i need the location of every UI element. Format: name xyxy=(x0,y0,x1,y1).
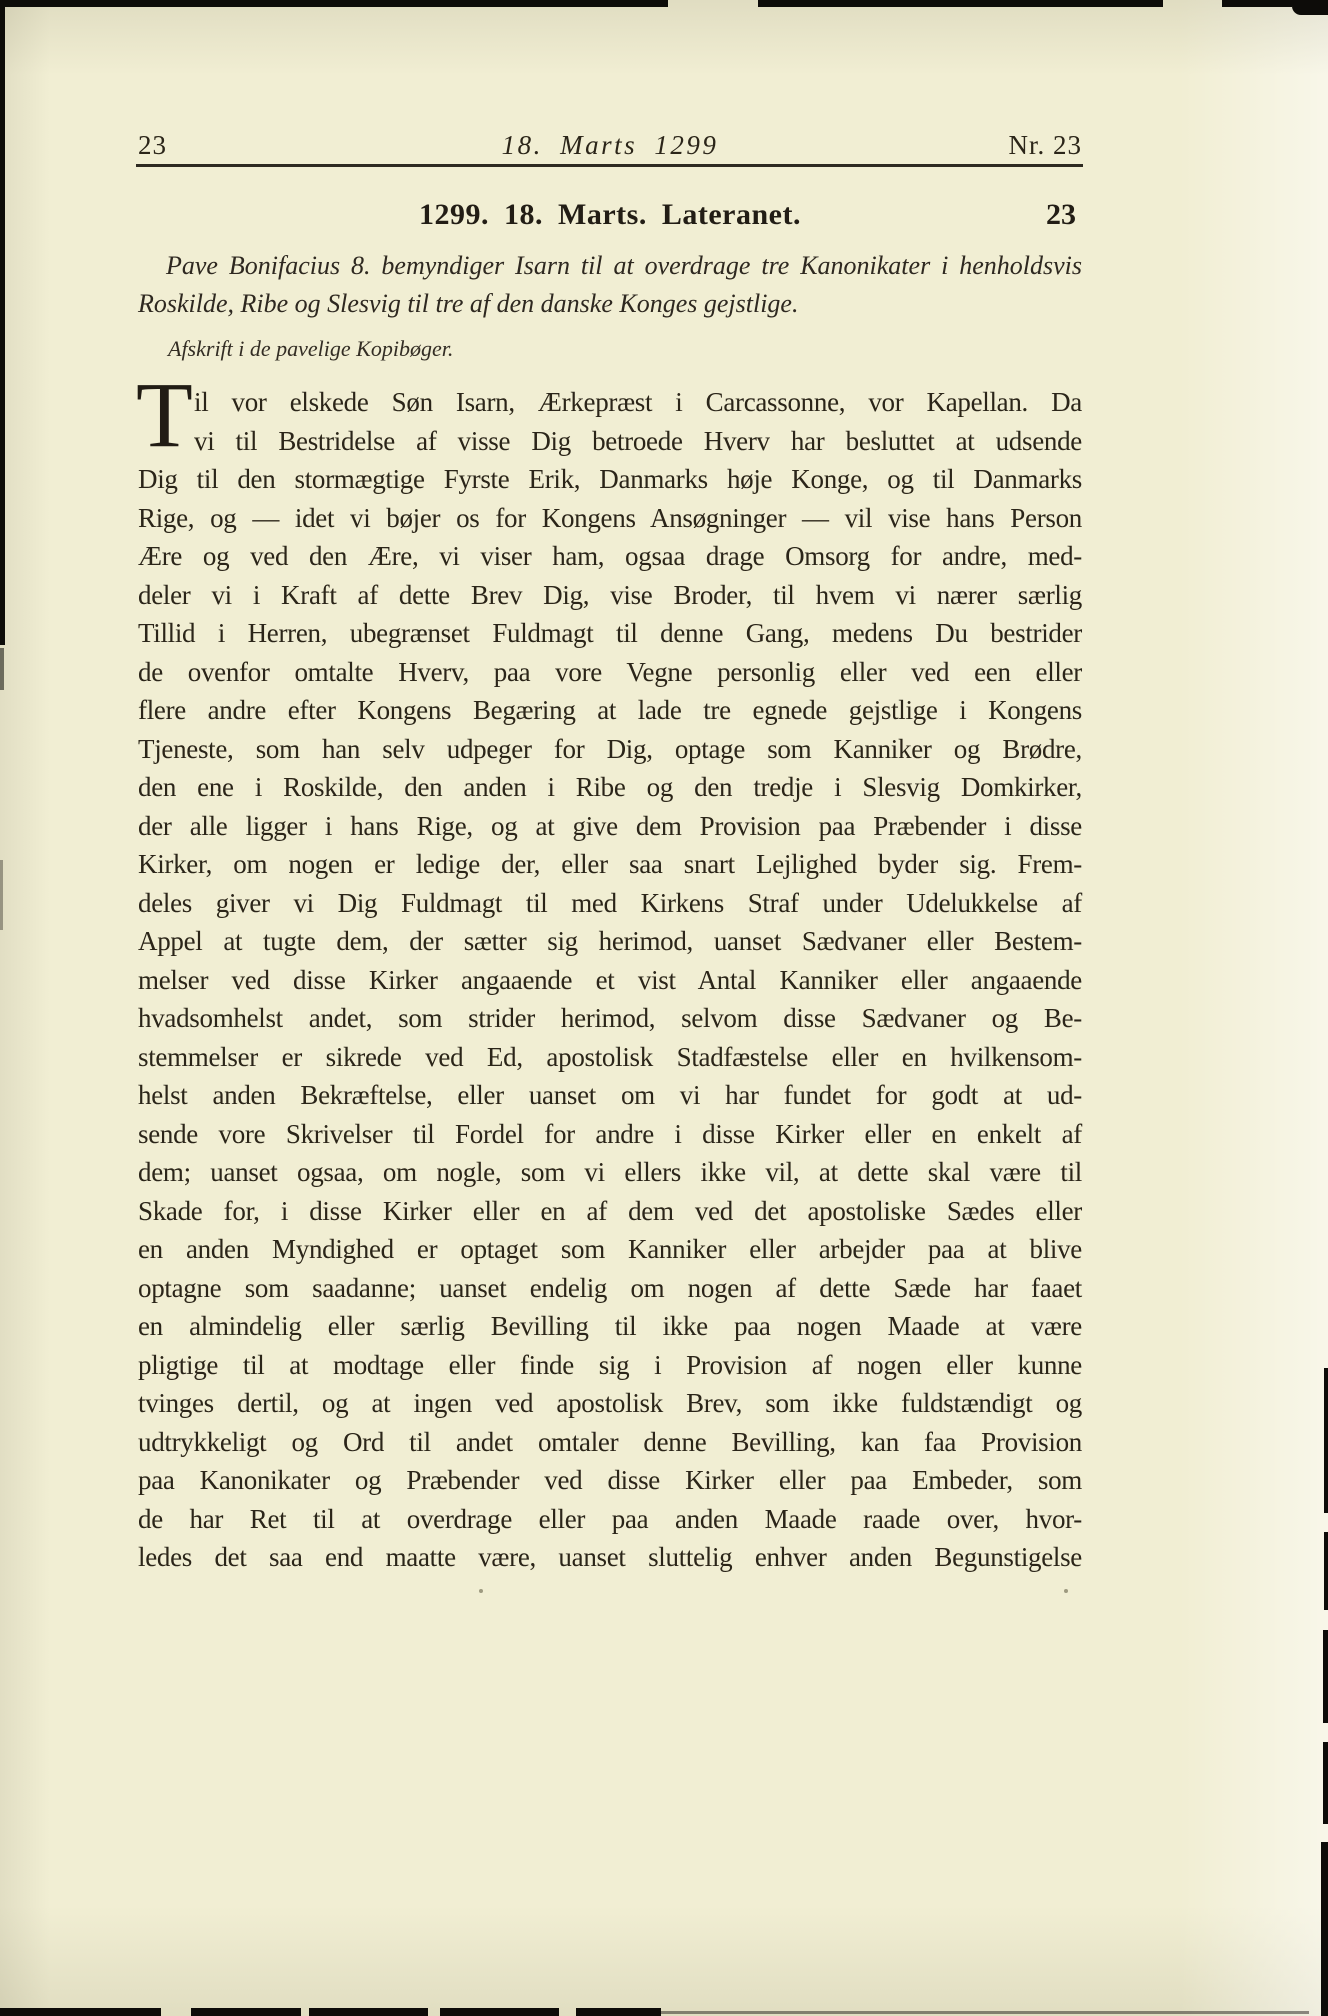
scan-edge-top xyxy=(1222,0,1292,7)
body-line: Kirker, om nogen er ledige der, eller sa… xyxy=(138,845,1082,884)
body-line: Appel at tugte dem, der sætter sig herim… xyxy=(138,922,1082,961)
header-rule xyxy=(136,164,1083,167)
body-line: flere andre efter Kongens Begæring at la… xyxy=(138,691,1082,730)
body-line: Ære og ved den Ære, vi viser ham, ogsaa … xyxy=(138,537,1082,576)
body-line: deler vi i Kraft af dette Brev Dig, vise… xyxy=(138,576,1082,615)
scan-edge-bottom xyxy=(309,2008,428,2016)
body-line: melser ved disse Kirker angaaende et vis… xyxy=(138,961,1082,1000)
body-line: optagne som saadanne; uanset endelig om … xyxy=(138,1269,1082,1308)
body-line: helst anden Bekræftelse, eller uanset om… xyxy=(138,1076,1082,1115)
body-line: vi til Bestridelse af visse Dig betroede… xyxy=(138,422,1082,461)
entry-title-row: 1299. 18. Marts. Lateranet. 23 xyxy=(138,198,1082,234)
entry-number: 23 xyxy=(1046,198,1076,232)
scan-edge-right xyxy=(1324,1532,1328,1610)
body-line: il vor elskede Søn Isarn, Ærkepræst i Ca… xyxy=(138,383,1082,422)
body-line: udtrykkeligt og Ord til andet omtaler de… xyxy=(138,1423,1082,1462)
scan-edge-bottom xyxy=(0,2008,161,2016)
paper-speck xyxy=(479,1589,483,1593)
entry-body: il vor elskede Søn Isarn, Ærkepræst i Ca… xyxy=(138,383,1082,1577)
scan-edge-bottom xyxy=(576,2008,661,2016)
entry-heading: 1299. 18. Marts. Lateranet. xyxy=(138,198,1082,232)
body-line: en almindelig eller særlig Bevilling til… xyxy=(138,1307,1082,1346)
body-line: en anden Myndighed er optaget som Kannik… xyxy=(138,1230,1082,1269)
entry-summary: Pave Bonifacius 8. bemyndiger Isarn til … xyxy=(138,247,1082,323)
summary-line: Pave Bonifacius 8. bemyndiger Isarn til … xyxy=(138,247,1082,285)
scan-edge-left xyxy=(0,7,5,645)
scanned-book-page: 23 18. Marts 1299 Nr. 23 1299. 18. Marts… xyxy=(0,0,1328,2016)
entry-ref-right: Nr. 23 xyxy=(1009,130,1083,161)
body-line: de har Ret til at overdrage eller paa an… xyxy=(138,1500,1082,1539)
body-line: paa Kanonikater og Præbender ved disse K… xyxy=(138,1461,1082,1500)
body-line: hvadsomhelst andet, som strider herimod,… xyxy=(138,999,1082,1038)
paper-speck xyxy=(1064,1589,1068,1593)
scan-edge-right xyxy=(1323,1630,1328,1723)
scan-edge-top-right-corner xyxy=(1292,0,1328,15)
body-line: tvinges dertil, og at ingen ved apostoli… xyxy=(138,1384,1082,1423)
body-line: Dig til den stormægtige Fyrste Erik, Dan… xyxy=(138,460,1082,499)
scan-edge-left xyxy=(0,648,4,690)
scan-edge-bottom xyxy=(661,2011,1309,2014)
running-head: 23 18. Marts 1299 Nr. 23 xyxy=(138,130,1082,162)
scan-edge-right xyxy=(1321,1842,1328,2016)
body-line: sende vore Skrivelser til Fordel for and… xyxy=(138,1115,1082,1154)
body-line: de ovenfor omtalte Hverv, paa vore Vegne… xyxy=(138,653,1082,692)
body-line: dem; uanset ogsaa, om nogle, som vi elle… xyxy=(138,1153,1082,1192)
scan-edge-bottom xyxy=(191,2008,301,2016)
body-line: der alle ligger i hans Rige, og at give … xyxy=(138,807,1082,846)
body-line: pligtige til at modtage eller finde sig … xyxy=(138,1346,1082,1385)
body-line: Rige, og — idet vi bøjer os for Kongens … xyxy=(138,499,1082,538)
body-line: stemmelser er sikrede ved Ed, apostolisk… xyxy=(138,1038,1082,1077)
body-line: deles giver vi Dig Fuldmagt til med Kirk… xyxy=(138,884,1082,923)
summary-line: Roskilde, Ribe og Slesvig til tre af den… xyxy=(138,285,1082,323)
body-line: Tjeneste, som han selv udpeger for Dig, … xyxy=(138,730,1082,769)
body-line: Skade for, i disse Kirker eller en af de… xyxy=(138,1192,1082,1231)
source-note: Afskrift i de pavelige Kopibøger. xyxy=(138,336,1082,362)
scan-edge-left xyxy=(0,860,3,930)
scan-edge-top xyxy=(0,0,668,7)
body-line: den ene i Roskilde, den anden i Ribe og … xyxy=(138,768,1082,807)
scan-edge-bottom xyxy=(440,2008,559,2016)
body-line: ledes det saa end maatte være, uanset sl… xyxy=(138,1538,1082,1577)
scan-edge-right xyxy=(1324,1368,1328,1513)
scan-edge-top xyxy=(758,0,1163,7)
body-line: Tillid i Herren, ubegrænset Fuldmagt til… xyxy=(138,614,1082,653)
scan-edge-right xyxy=(1323,1742,1328,1824)
running-title: 18. Marts 1299 xyxy=(138,130,1082,161)
